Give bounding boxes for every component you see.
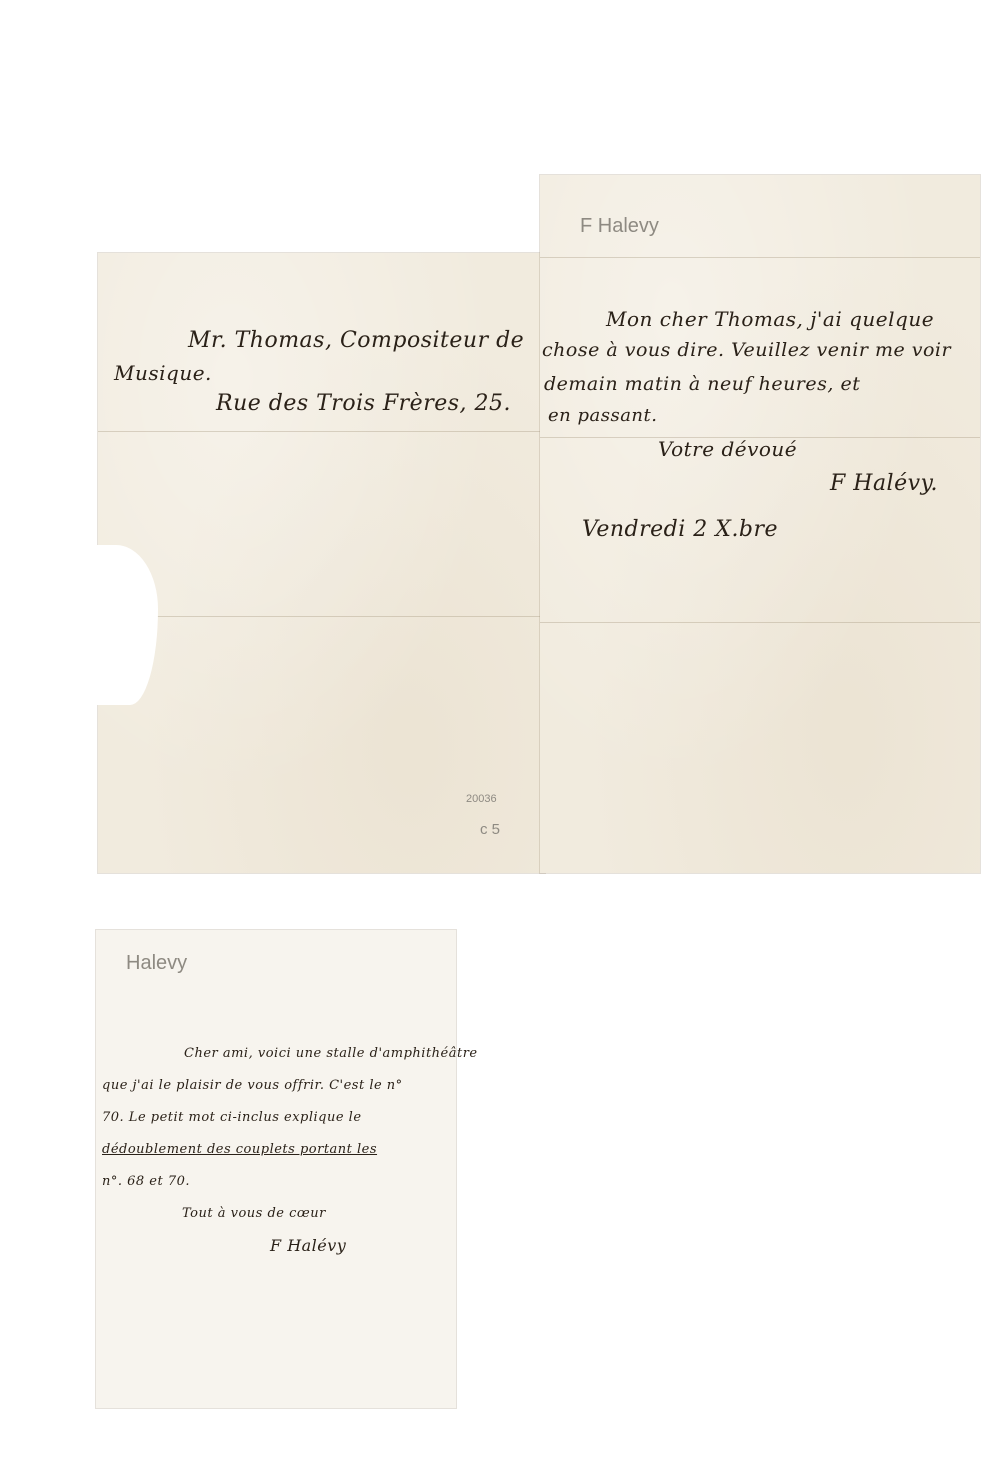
fold-line	[540, 257, 980, 258]
address-line-2: Musique.	[114, 361, 212, 385]
letter-date: Vendredi 2 X.bre	[582, 517, 778, 542]
note-card: Halevy Cher ami, voici une stalle d'amph…	[96, 930, 456, 1408]
note-line-1: Cher ami, voici une stalle d'amphithéâtr…	[184, 1046, 478, 1061]
letter-line-3: demain matin à neuf heures, et	[544, 373, 860, 395]
letter-line-1: Mon cher Thomas, j'ai quelque	[606, 307, 934, 331]
letter-closing: Votre dévoué	[658, 437, 797, 461]
archive-number: 20036	[466, 793, 497, 805]
letter-sheet: F Halevy Mon cher Thomas, j'ai quelque c…	[540, 175, 980, 873]
letter-line-2: chose à vous dire. Veuillez venir me voi…	[542, 339, 951, 361]
letter-line-4: en passant.	[548, 405, 657, 426]
note-closing: Tout à vous de cœur	[182, 1206, 326, 1221]
address-line-1: Mr. Thomas, Compositeur de	[188, 328, 524, 353]
note-line-5: n°. 68 et 70.	[102, 1174, 190, 1189]
pencil-attribution-note: Halevy	[126, 952, 187, 975]
address-line-3: Rue des Trois Frères, 25.	[216, 391, 511, 416]
letter-signature: F Halévy.	[830, 471, 938, 496]
fold-line	[98, 431, 545, 432]
note-line-3: 70. Le petit mot ci-inclus explique le	[102, 1110, 362, 1125]
pencil-attribution: F Halevy	[580, 215, 659, 238]
note-line-2: que j'ai le plaisir de vous offrir. C'es…	[102, 1078, 403, 1093]
address-sheet: Mr. Thomas, Compositeur de Musique. Rue …	[98, 253, 545, 873]
fold-line	[540, 622, 980, 623]
archive-code: c 5	[480, 821, 500, 838]
note-line-4: dédoublement des couplets portant les	[102, 1142, 377, 1157]
fold-line	[98, 616, 545, 617]
torn-edge	[88, 545, 158, 705]
note-signature: F Halévy	[270, 1236, 346, 1255]
